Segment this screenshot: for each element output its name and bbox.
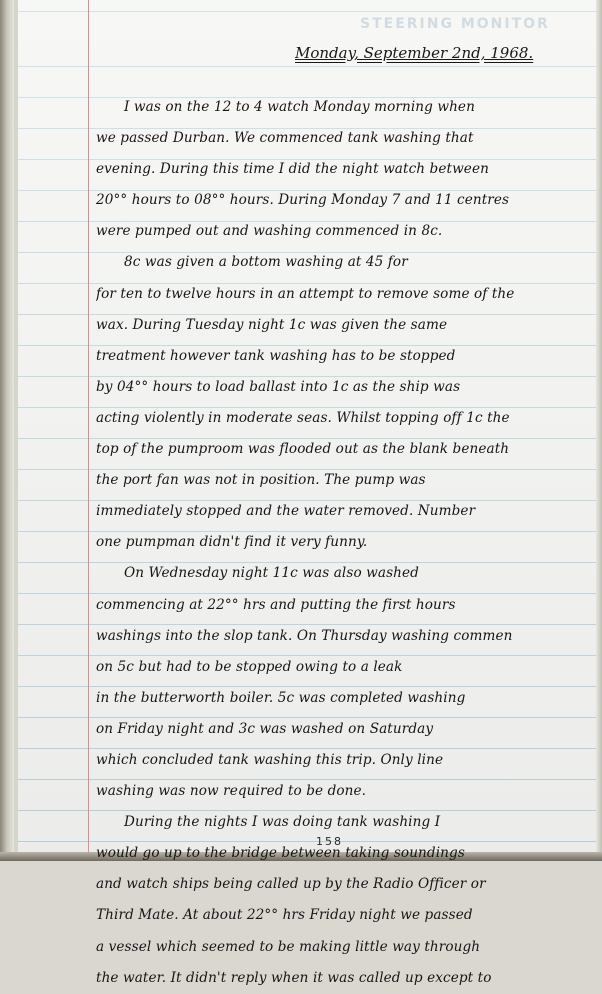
text-line: immediately stopped and the water remove… [96, 496, 596, 527]
page-number: 158 [316, 835, 343, 848]
binding-spine [0, 0, 14, 861]
text-line: evening. During this time I did the nigh… [96, 154, 596, 185]
text-line: in the butterworth boiler. 5c was comple… [96, 683, 596, 714]
text-line: acting violently in moderate seas. Whils… [96, 403, 596, 434]
text-line: on 5c but had to be stopped owing to a l… [96, 652, 596, 683]
text-line: one pumpman didn't find it very funny. [96, 527, 596, 558]
text-line: I was on the 12 to 4 watch Monday mornin… [96, 92, 596, 123]
text-line: the port fan was not in position. The pu… [96, 465, 596, 496]
date-heading: Monday, September 2nd, 1968. [295, 44, 533, 62]
text-line: by 04°° hours to load ballast into 1c as… [96, 372, 596, 403]
red-margin-line [88, 0, 89, 861]
text-line: washing was now required to be done. [96, 776, 596, 807]
text-line: 20°° hours to 08°° hours. During Monday … [96, 185, 596, 216]
text-line: top of the pumproom was flooded out as t… [96, 434, 596, 465]
binding-edge [14, 0, 18, 861]
page-right-edge [596, 0, 602, 861]
text-line: commencing at 22°° hrs and putting the f… [96, 590, 596, 621]
text-line: would go up to the bridge between taking… [96, 838, 596, 861]
text-line: During the nights I was doing tank washi… [96, 807, 596, 838]
text-line: were pumped out and washing commenced in… [96, 216, 596, 247]
text-line: 8c was given a bottom washing at 45 for [96, 247, 596, 278]
text-line: wax. During Tuesday night 1c was given t… [96, 310, 596, 341]
text-line: which concluded tank washing this trip. … [96, 745, 596, 776]
text-line: treatment however tank washing has to be… [96, 341, 596, 372]
text-line: washings into the slop tank. On Thursday… [96, 621, 596, 652]
text-line: On Wednesday night 11c was also washed [96, 558, 596, 589]
text-line: we passed Durban. We commenced tank wash… [96, 123, 596, 154]
handwritten-entry: I was on the 12 to 4 watch Monday mornin… [96, 92, 596, 861]
show-through-header: STEERING MONITOR [360, 16, 550, 32]
notebook-page: STEERING MONITOR Monday, September 2nd, … [0, 0, 602, 861]
text-line: for ten to twelve hours in an attempt to… [96, 279, 596, 310]
text-line: on Friday night and 3c was washed on Sat… [96, 714, 596, 745]
